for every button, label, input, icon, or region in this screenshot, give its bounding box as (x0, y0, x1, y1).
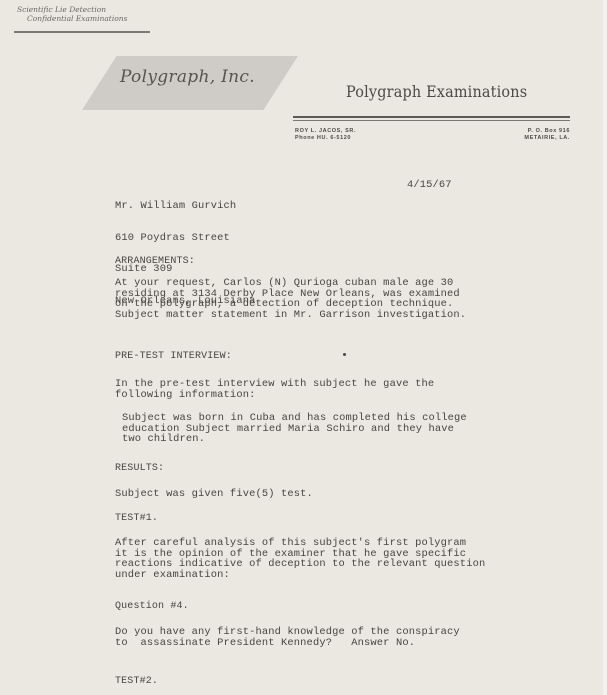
letterhead-title: Polygraph Examinations (346, 82, 527, 101)
ink-speck (343, 353, 346, 356)
recipient-street: 610 Poydras Street (115, 233, 255, 244)
test1-heading: TEST#1. (115, 514, 158, 525)
arrangements-body: At your request, Carlos (N) Quriogа cuba… (115, 278, 466, 320)
question4-heading: Question #4. (115, 602, 189, 613)
examiner-name: ROY L. JACOS, SR. (295, 128, 356, 135)
pre-test-body: In the pre-test interview with subject h… (115, 379, 434, 400)
test1-body: After careful analysis of this subject's… (115, 538, 485, 580)
stamp-line-2: Confidential Examinations (17, 14, 127, 23)
pre-test-heading: PRE-TEST INTERVIEW: (115, 352, 232, 363)
arrangements-heading: ARRANGEMENTS: (115, 257, 195, 268)
results-heading: RESULTS: (115, 464, 164, 475)
recipient-name: Mr. William Gurvich (115, 201, 255, 212)
stamp-line-1: Scientific Lie Detection (17, 5, 127, 14)
contact-examiner: ROY L. JACOS, SR. Phone HU. 6-5120 (295, 128, 356, 142)
contact-address: P. O. Box 916 METAIRIE, LA. (500, 128, 570, 142)
stamp-underline (14, 31, 150, 33)
examiner-phone: Phone HU. 6-5120 (295, 135, 356, 142)
page-edge (603, 0, 607, 695)
company-logo-text: Polygraph, Inc. (120, 67, 255, 87)
confidential-stamp: Scientific Lie Detection Confidential Ex… (17, 5, 127, 23)
letterhead-rule-bottom (293, 120, 570, 121)
letter-date: 4/15/67 (407, 180, 452, 191)
po-box: P. O. Box 916 (500, 128, 570, 135)
pre-test-detail: Subject was born in Cuba and has complet… (122, 413, 467, 445)
results-body: Subject was given five(5) test. (115, 489, 313, 500)
question4-body: Do you have any first-hand knowledge of … (115, 627, 460, 648)
test2-heading: TEST#2. (115, 677, 158, 688)
city-state: METAIRIE, LA. (500, 135, 570, 142)
letterhead-rule-top (293, 116, 570, 118)
